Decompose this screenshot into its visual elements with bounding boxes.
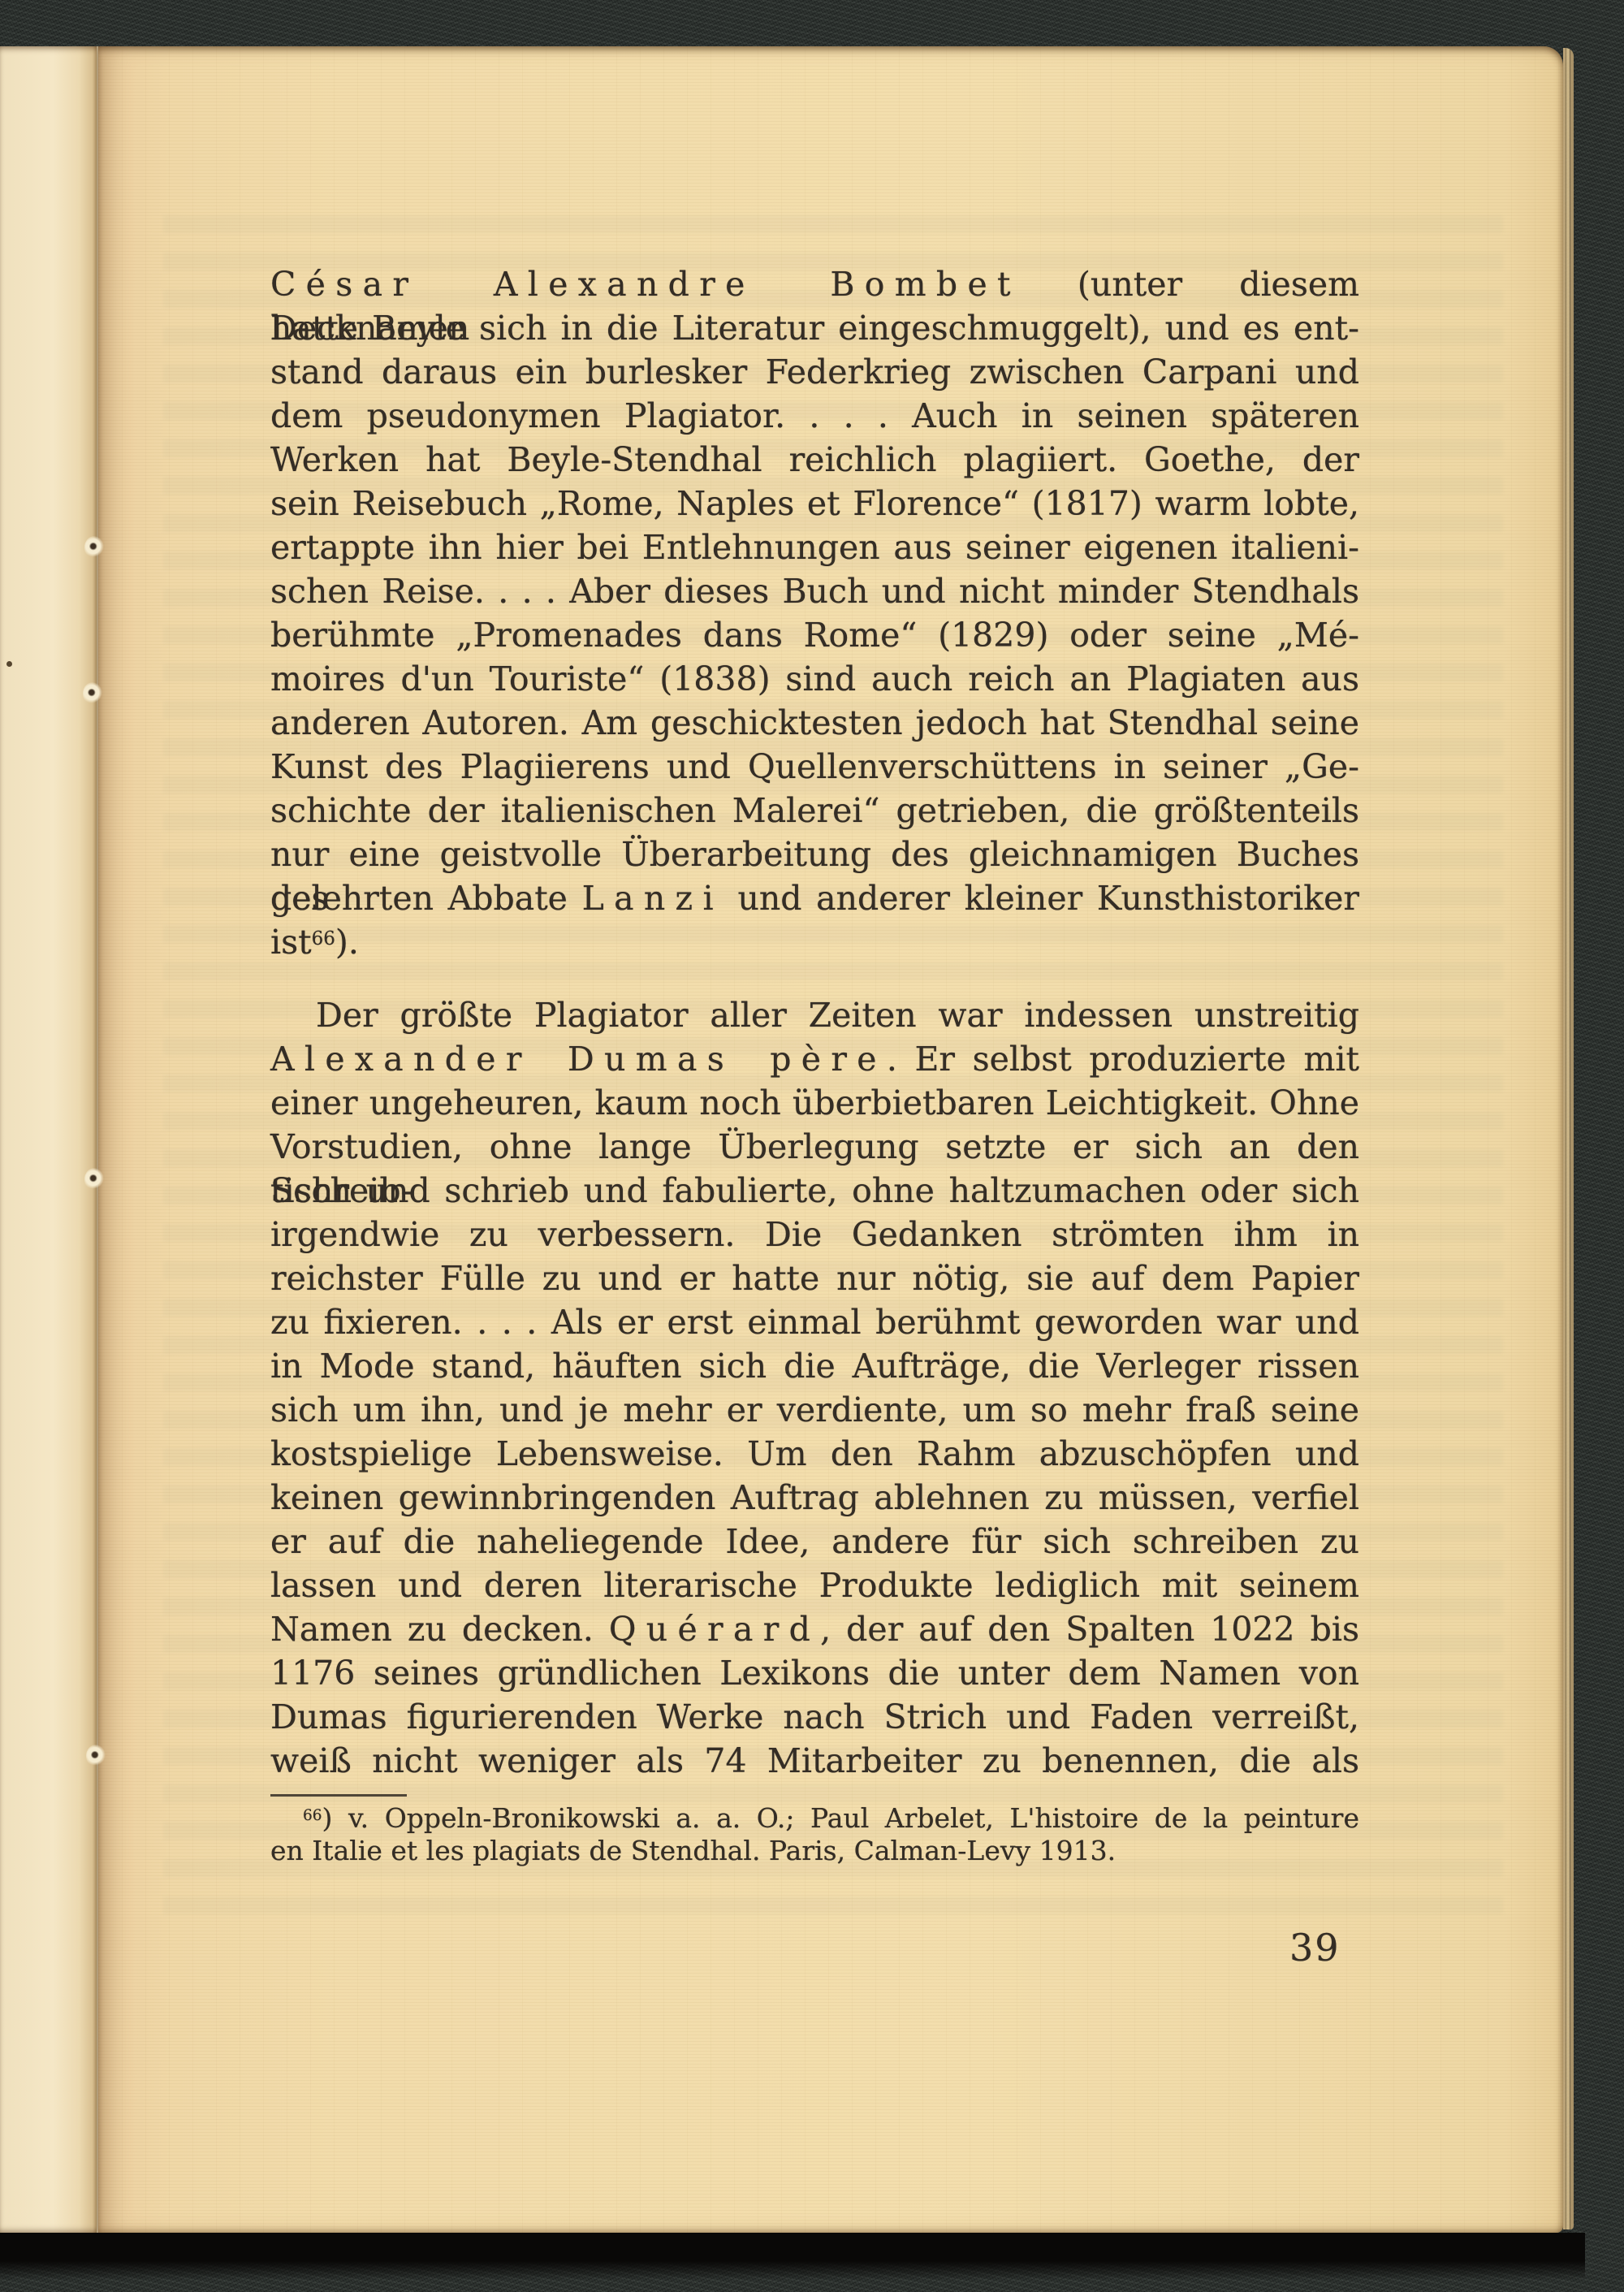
text-run: Werken hat Beyle-Stendhal reichlich plag…	[270, 440, 1359, 479]
text-line: 1176 seines gründlichen Lexikons die unt…	[270, 1651, 1359, 1695]
text-line: schichte der italienischen Malerei“ getr…	[270, 789, 1359, 832]
text-line: Der größte Plagiator aller Zeiten war in…	[270, 993, 1359, 1037]
text-line: Alexander Dumas père. Er selbst produzie…	[270, 1037, 1359, 1081]
text-line: Vorstudien, ohne lange Überlegung setzte…	[270, 1125, 1359, 1169]
text-run: zu fixieren. . . . Als er erst einmal be…	[270, 1303, 1359, 1342]
footnote-rule	[270, 1794, 407, 1797]
text-run: hatte Beyle sich in die Literatur einges…	[270, 309, 1359, 348]
text-line: kostspielige Lebensweise. Um den Rahm ab…	[270, 1432, 1359, 1476]
text-run: stand daraus ein burlesker Federkrieg zw…	[270, 352, 1359, 391]
text-run: einer ungeheuren, kaum noch überbietbare…	[270, 1083, 1359, 1122]
paragraph: Der größte Plagiator aller Zeiten war in…	[270, 993, 1359, 1783]
text-line: Namen zu decken. Quérard, der auf den Sp…	[270, 1607, 1359, 1651]
text-run: ist	[270, 923, 312, 962]
text-run: er auf die naheliegende Idee, andere für…	[270, 1522, 1359, 1561]
footnote: 66) v. Oppeln-Bronikowski a. a. O.; Paul…	[270, 1802, 1359, 1867]
text-run: Der größte Plagiator aller Zeiten war in…	[316, 996, 1359, 1035]
text-run: Namen zu decken.	[270, 1610, 609, 1649]
footnote-marker: 66	[303, 1807, 322, 1824]
page-edge-stack	[1563, 48, 1574, 2229]
text-line: César Alexandre Bombet (unter diesem Dec…	[270, 262, 1359, 306]
text-run: moires d'un Touriste“ (1838) sind auch r…	[270, 659, 1359, 698]
text-line: 66) v. Oppeln-Bronikowski a. a. O.; Paul…	[270, 1802, 1359, 1835]
text-line: Kunst des Plagiierens und Quellenverschü…	[270, 745, 1359, 789]
text-line: Werken hat Beyle-Stendhal reichlich plag…	[270, 438, 1359, 482]
text-run: tisch und schrieb und fabulierte, ohne h…	[270, 1171, 1359, 1210]
spaced-name: Lanzi	[582, 879, 723, 918]
binding-stitch-hole	[84, 536, 104, 559]
text-run: irgendwie zu verbessern. Die Gedanken st…	[270, 1215, 1359, 1254]
body-text: César Alexandre Bombet (unter diesem Dec…	[270, 262, 1359, 1783]
book-scan-scene: César Alexandre Bombet (unter diesem Dec…	[0, 0, 1624, 2292]
page-bottom-shadow	[0, 2233, 1585, 2280]
text-run: reichster Fülle zu und er hatte nur nöti…	[270, 1259, 1359, 1298]
text-line: dem pseudonymen Plagiator. . . . Auch in…	[270, 394, 1359, 438]
text-line: zu fixieren. . . . Als er erst einmal be…	[270, 1300, 1359, 1344]
text-line: ertappte ihn hier bei Entlehnungen aus s…	[270, 525, 1359, 569]
page-number: 39	[1289, 1927, 1341, 1968]
text-run: schen Reise. . . . Aber dieses Buch und …	[270, 572, 1359, 611]
text-line: sich um ihn, und je mehr er verdiente, u…	[270, 1388, 1359, 1432]
text-line: hatte Beyle sich in die Literatur einges…	[270, 306, 1359, 350]
binding-stitch-hole	[84, 1168, 104, 1191]
binding-stitch-hole	[83, 682, 102, 705]
text-line: weiß nicht weniger als 74 Mitarbeiter zu…	[270, 1739, 1359, 1783]
text-line: schen Reise. . . . Aber dieses Buch und …	[270, 569, 1359, 613]
text-run: keinen gewinnbringenden Auftrag ablehnen…	[270, 1478, 1359, 1517]
text-run: berühmte „Promenades dans Rome“ (1829) o…	[270, 616, 1359, 655]
text-line: gelehrten Abbate Lanzi und anderer klein…	[270, 876, 1359, 920]
text-line: einer ungeheuren, kaum noch überbietbare…	[270, 1081, 1359, 1125]
text-line: stand daraus ein burlesker Federkrieg zw…	[270, 350, 1359, 394]
binding-stitch-hole	[86, 1745, 106, 1767]
ink-speck	[6, 661, 12, 667]
text-line: Dumas figurierenden Werke nach Strich un…	[270, 1695, 1359, 1739]
text-line: anderen Autoren. Am geschicktesten jedoc…	[270, 701, 1359, 745]
text-line: lassen und deren literarische Produkte l…	[270, 1563, 1359, 1607]
text-line: nur eine geistvolle Überarbeitung des gl…	[270, 832, 1359, 876]
text-line: keinen gewinnbringenden Auftrag ablehnen…	[270, 1476, 1359, 1520]
spaced-name: Quérard	[609, 1610, 820, 1649]
text-run: 1176 seines gründlichen Lexikons die unt…	[270, 1654, 1359, 1693]
footnote-marker: 66	[312, 928, 335, 949]
text-run: ).	[335, 923, 359, 962]
text-line: berühmte „Promenades dans Rome“ (1829) o…	[270, 613, 1359, 657]
text-run: weiß nicht weniger als 74 Mitarbeiter zu…	[270, 1741, 1359, 1780]
text-run: in Mode stand, häuften sich die Aufträge…	[270, 1347, 1359, 1386]
text-line: reichster Fülle zu und er hatte nur nöti…	[270, 1256, 1359, 1300]
text-run: lassen und deren literarische Produkte l…	[270, 1566, 1359, 1605]
paragraph: César Alexandre Bombet (unter diesem Dec…	[270, 262, 1359, 964]
text-run: , der auf den Spalten 1022 bis	[820, 1610, 1359, 1649]
text-run: gelehrten Abbate	[270, 879, 582, 918]
spaced-name: César Alexandre Bombet	[270, 265, 1021, 304]
text-line: sein Reisebuch „Rome, Naples et Florence…	[270, 482, 1359, 525]
text-run: sich um ihn, und je mehr er verdiente, u…	[270, 1390, 1359, 1429]
text-line: in Mode stand, häuften sich die Aufträge…	[270, 1344, 1359, 1388]
text-run: . Er selbst produzierte mit	[887, 1040, 1359, 1079]
previous-page-edge	[0, 46, 98, 2233]
text-line: moires d'un Touriste“ (1838) sind auch r…	[270, 657, 1359, 701]
text-line: ist66).	[270, 920, 1359, 964]
text-line: tisch und schrieb und fabulierte, ohne h…	[270, 1169, 1359, 1213]
text-run: und anderer kleiner Kunsthistoriker	[723, 879, 1359, 918]
text-run: sein Reisebuch „Rome, Naples et Florence…	[270, 484, 1359, 523]
text-run: schichte der italienischen Malerei“ getr…	[270, 791, 1359, 830]
text-run: Dumas figurierenden Werke nach Strich un…	[270, 1697, 1359, 1736]
text-run: Kunst des Plagiierens und Quellenverschü…	[270, 747, 1359, 786]
text-run: dem pseudonymen Plagiator. . . . Auch in…	[270, 396, 1359, 435]
text-line: irgendwie zu verbessern. Die Gedanken st…	[270, 1213, 1359, 1256]
text-run: kostspielige Lebensweise. Um den Rahm ab…	[270, 1434, 1359, 1473]
book-page: César Alexandre Bombet (unter diesem Dec…	[98, 46, 1563, 2233]
text-run: anderen Autoren. Am geschicktesten jedoc…	[270, 703, 1359, 742]
text-run: ) v. Oppeln-Bronikowski a. a. O.; Paul A…	[322, 1802, 1359, 1834]
text-run: ertappte ihn hier bei Entlehnungen aus s…	[270, 528, 1359, 567]
text-line: en Italie et les plagiats de Stendhal. P…	[270, 1835, 1359, 1867]
text-run: en Italie et les plagiats de Stendhal. P…	[270, 1835, 1116, 1866]
text-line: er auf die naheliegende Idee, andere für…	[270, 1520, 1359, 1563]
spaced-name: Alexander Dumas père	[270, 1040, 887, 1079]
